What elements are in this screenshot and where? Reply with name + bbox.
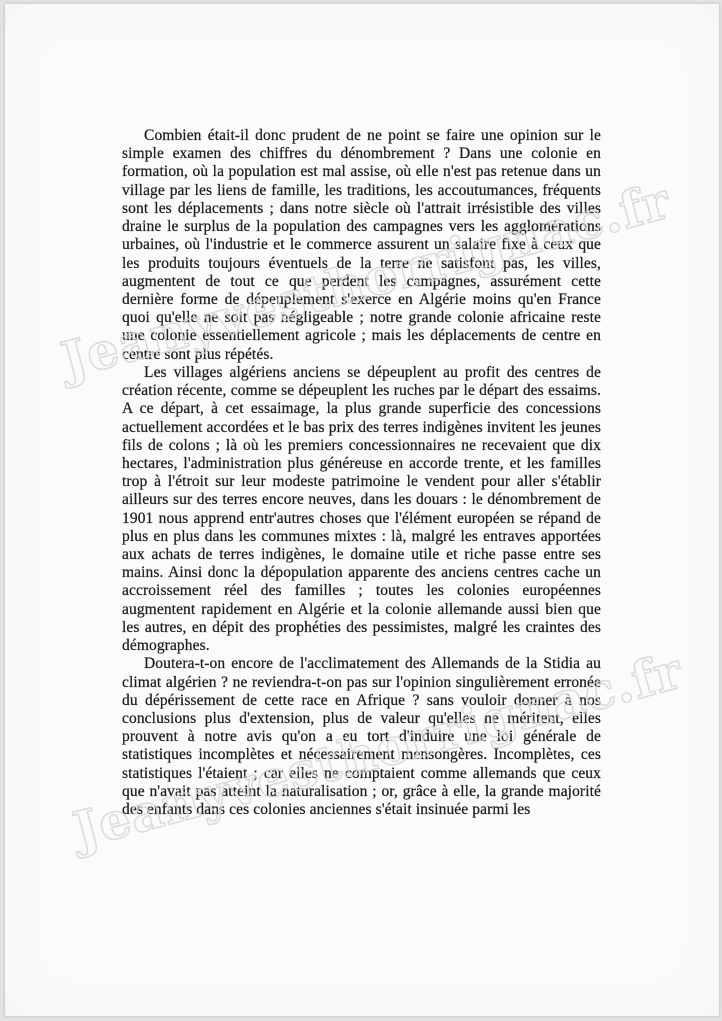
scanned-book-page: Combien était-il donc prudent de ne poin…: [5, 4, 719, 1016]
paragraph-2: Les villages algériens anciens se dépeup…: [122, 364, 601, 656]
paragraph-3: Doutera-t-on encore de l'acclimatement d…: [122, 655, 601, 819]
paragraph-1: Combien était-il donc prudent de ne poin…: [122, 127, 601, 364]
body-text-block: Combien était-il donc prudent de ne poin…: [122, 127, 601, 819]
